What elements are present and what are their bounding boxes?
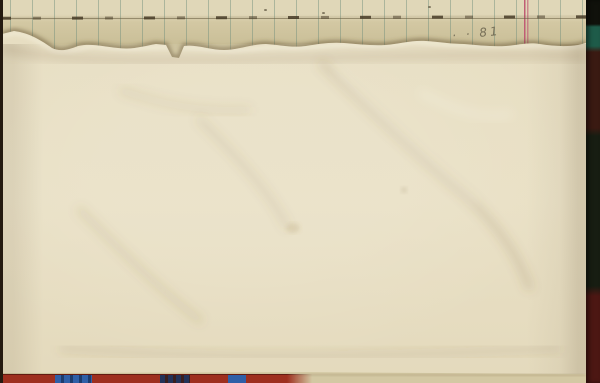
bottom-color-strip — [0, 374, 312, 383]
book-edge-right — [586, 0, 600, 383]
strip-blue-patch — [228, 375, 246, 383]
paper-stain — [286, 223, 300, 233]
book-edge-left — [0, 0, 3, 383]
pasted-blank-sheet — [0, 0, 600, 383]
strip-navy-patch — [160, 375, 190, 383]
strip-blue-patch — [55, 375, 92, 383]
paper-stain — [401, 187, 407, 193]
pasted-sheet-surface — [2, 31, 586, 374]
scanned-scrapbook-page: · · 81 — [0, 0, 600, 383]
